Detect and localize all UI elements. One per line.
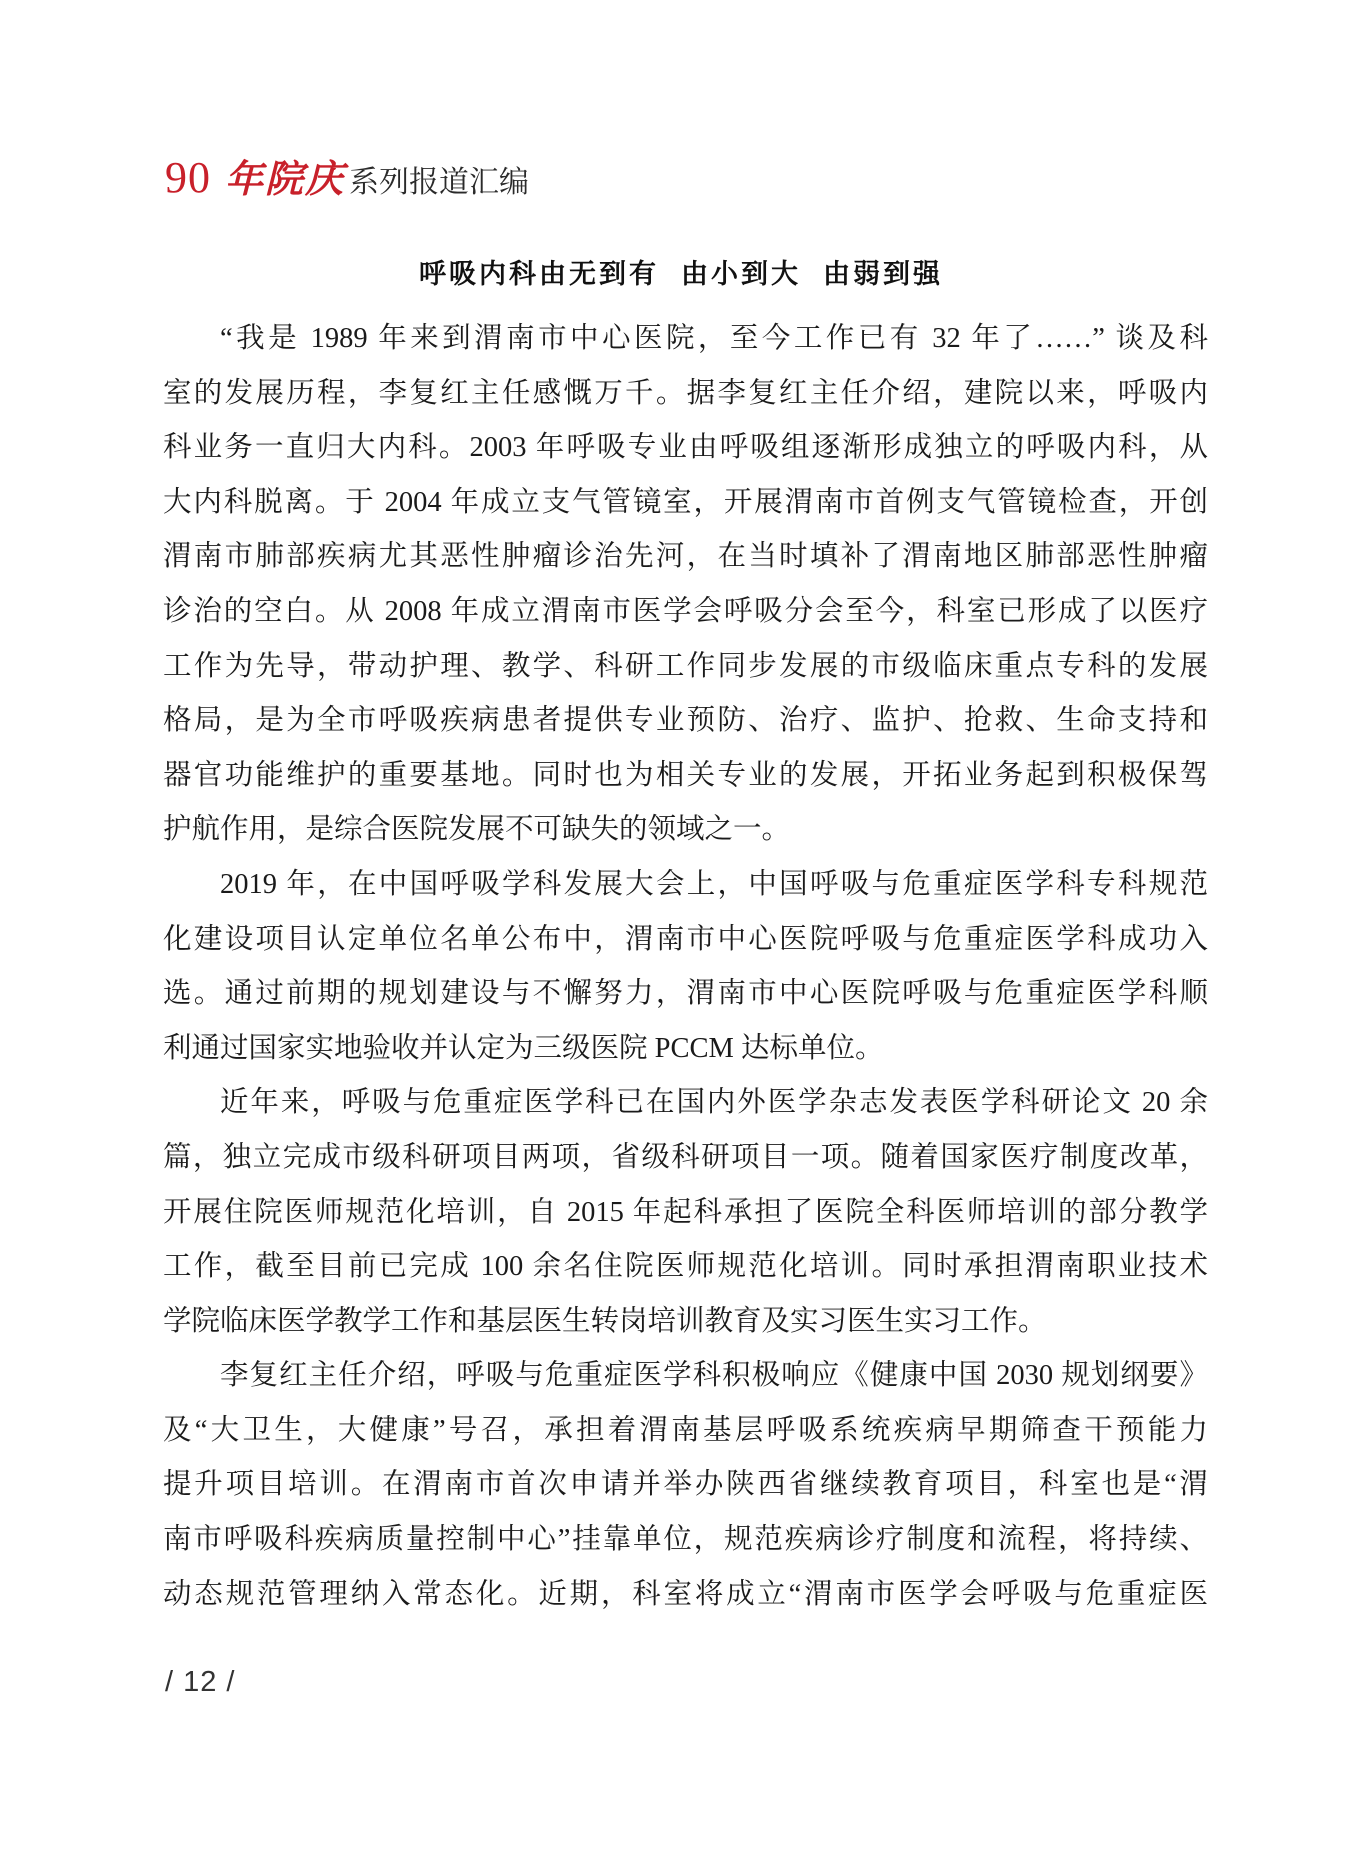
running-header: 90 年院庆 系列报道汇编 <box>165 148 529 198</box>
text-line: 提升项目培训。在渭南市首次申请并举办陕西省继续教育项目，科室也是“渭 <box>163 1458 1208 1513</box>
header-anniversary-number: 90 <box>165 152 211 203</box>
text-line: 工作，截至目前已完成 100 余名住院医师规范化培训。同时承担渭南职业技术 <box>163 1240 1208 1295</box>
title-part-1: 呼吸内科由无到有 <box>419 259 659 290</box>
text-line: 室的发展历程，李复红主任感慨万千。据李复红主任介绍，建院以来，呼吸内 <box>163 367 1208 422</box>
text-line: 器官功能维护的重要基地。同时也为相关专业的发展，开拓业务起到积极保驾 <box>163 749 1208 804</box>
text-line: 工作为先导，带动护理、教学、科研工作同步发展的市级临床重点专科的发展 <box>163 640 1208 695</box>
text-line: 化建设项目认定单位名单公布中，渭南市中心医院呼吸与危重症医学科成功入 <box>163 913 1208 968</box>
text-line: “我是 1989 年来到渭南市中心医院，至今工作已有 32 年了……” 谈及科 <box>163 312 1208 367</box>
text-line: 南市呼吸科疾病质量控制中心”挂靠单位，规范疾病诊疗制度和流程，将持续、 <box>163 1513 1208 1568</box>
text-line: 格局，是为全市呼吸疾病患者提供专业预防、治疗、监护、抢救、生命支持和 <box>163 694 1208 749</box>
text-line: 及“大卫生，大健康”号召，承担着渭南基层呼吸系统疾病早期筛查干预能力 <box>163 1404 1208 1459</box>
text-line: 篇，独立完成市级科研项目两项，省级科研项目一项。随着国家医疗制度改革， <box>163 1131 1208 1186</box>
text-line: 利通过国家实地验收并认定为三级医院 PCCM 达标单位。 <box>163 1022 1208 1077</box>
text-line: 大内科脱离。于 2004 年成立支气管镜室，开展渭南市首例支气管镜检查，开创 <box>163 476 1208 531</box>
text-line: 选。通过前期的规划建设与不懈努力，渭南市中心医院呼吸与危重症医学科顺 <box>163 967 1208 1022</box>
header-series-subtitle: 系列报道汇编 <box>349 157 529 201</box>
text-line: 渭南市肺部疾病尤其恶性肿瘤诊治先河，在当时填补了渭南地区肺部恶性肿瘤 <box>163 530 1208 585</box>
text-line: 开展住院医师规范化培训，自 2015 年起科承担了医院全科医师培训的部分教学 <box>163 1186 1208 1241</box>
text-line: 诊治的空白。从 2008 年成立渭南市医学会呼吸分会至今，科室已形成了以医疗 <box>163 585 1208 640</box>
text-line: 近年来，呼吸与危重症医学科已在国内外医学杂志发表医学科研论文 20 余 <box>163 1076 1208 1131</box>
header-anniversary-label: 年院庆 <box>225 148 345 203</box>
title-part-2: 由小到大 <box>681 259 801 290</box>
paragraph-1: “我是 1989 年来到渭南市中心医院，至今工作已有 32 年了……” 谈及科 … <box>163 312 1208 858</box>
text-line: 动态规范管理纳入常态化。近期，科室将成立“渭南市医学会呼吸与危重症医 <box>163 1568 1208 1623</box>
paragraph-4: 李复红主任介绍，呼吸与危重症医学科积极响应《健康中国 2030 规划纲要》 及“… <box>163 1349 1208 1622</box>
article-title: 呼吸内科由无到有由小到大由弱到强 <box>0 252 1362 291</box>
paragraph-2: 2019 年，在中国呼吸学科发展大会上，中国呼吸与危重症医学科专科规范 化建设项… <box>163 858 1208 1076</box>
paragraph-3: 近年来，呼吸与危重症医学科已在国内外医学杂志发表医学科研论文 20 余 篇，独立… <box>163 1076 1208 1349</box>
article-body: “我是 1989 年来到渭南市中心医院，至今工作已有 32 年了……” 谈及科 … <box>163 312 1208 1622</box>
text-line: 李复红主任介绍，呼吸与危重症医学科积极响应《健康中国 2030 规划纲要》 <box>163 1349 1208 1404</box>
page-number: / 12 / <box>165 1666 236 1699</box>
text-line: 2019 年，在中国呼吸学科发展大会上，中国呼吸与危重症医学科专科规范 <box>163 858 1208 913</box>
text-line: 护航作用，是综合医院发展不可缺失的领域之一。 <box>163 803 1208 858</box>
text-line: 学院临床医学教学工作和基层医生转岗培训教育及实习医生实习工作。 <box>163 1295 1208 1350</box>
title-part-3: 由弱到强 <box>823 259 943 290</box>
text-line: 科业务一直归大内科。2003 年呼吸专业由呼吸组逐渐形成独立的呼吸内科，从 <box>163 421 1208 476</box>
